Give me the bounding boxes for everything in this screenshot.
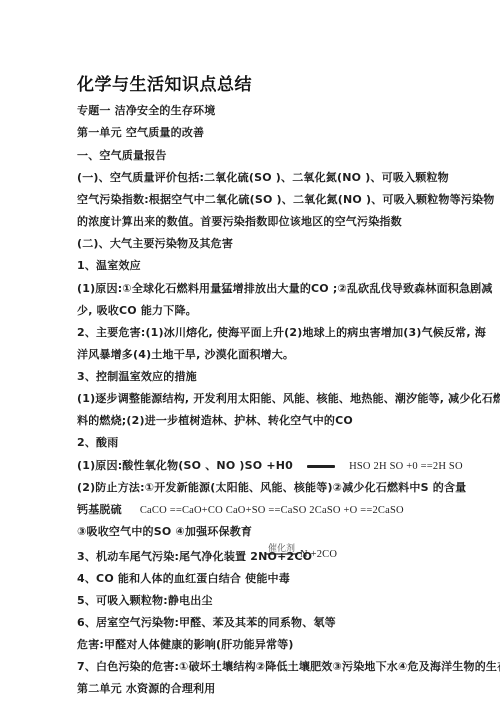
paragraph-line: (1)逐步调整能源结构, 开发利用太阳能、风能、核能、地热能、潮汐能等, 减少化… (77, 390, 500, 406)
subheading: 2、酸雨 (77, 434, 118, 450)
paragraph-line: (1)原因:①全球化石燃料用量猛增排放出大量的CO ;②乱砍乱伐导致森林面积急剧… (77, 280, 493, 296)
car-text: 3、机动车尾气污染:尾气净化装置 2NO+2CO (77, 550, 312, 563)
paragraph-line: 4、CO 能和人体的血红蛋白结合 使能中毒 (77, 570, 290, 586)
acid-cause-text: (1)原因:酸性氧化物(SO 、NO )SO +H0 (77, 459, 293, 472)
equation-line: 钙基脱硫 CaCO ==CaO+CO CaO+SO ==CaSO 2CaSO +… (77, 501, 404, 517)
paragraph-line: 的浓度计算出来的数值。首要污染指数即位该地区的空气污染指数 (77, 213, 402, 229)
subheading: 1、温室效应 (77, 257, 141, 273)
desulf-label: 钙基脱硫 (77, 503, 122, 516)
paragraph-line: 空气污染指数:根据空气中二氧化硫(SO )、二氧化氮(NO )、可吸入颗粒物等污… (77, 191, 494, 207)
paragraph-line: 2、主要危害:(1)冰川熔化, 使海平面上升(2)地球上的病虫害增加(3)气候反… (77, 324, 486, 340)
equation-line: 3、机动车尾气污染:尾气净化装置 2NO+2CO (77, 548, 312, 564)
paragraph-line: 洋风暴增多(4)土地干旱, 沙漠化面积增大。 (77, 346, 294, 362)
paragraph-line: 少, 吸收CO 能力下降。 (77, 302, 197, 318)
paragraph-line: 6、居室空气污染物:甲醛、苯及其苯的同系物、氡等 (77, 614, 336, 630)
reaction-arrow-icon (307, 465, 335, 468)
unit-heading: 第一单元 空气质量的改善 (77, 124, 204, 140)
desulf-equation: CaCO ==CaO+CO CaO+SO ==CaSO 2CaSO +O ==2… (140, 505, 404, 516)
paragraph-line: ③吸收空气中的SO ④加强环保教育 (77, 523, 252, 539)
document-title: 化学与生活知识点总结 (77, 70, 252, 95)
paragraph-line: (2)防止方法:①开发新能源(太阳能、风能、核能等)②减少化石燃料中S 的含量 (77, 479, 466, 495)
paragraph-line: 料的燃烧;(2)进一步植树造林、护林、转化空气中的CO (77, 412, 353, 428)
unit-heading: 第二单元 水资源的合理利用 (77, 680, 215, 696)
section-heading: 一、空气质量报告 (77, 147, 167, 163)
paragraph-line: 危害:甲醛对人体健康的影响(肝功能异常等) (77, 636, 294, 652)
document-page: 化学与生活知识点总结 专题一 洁净安全的生存环境 第一单元 空气质量的改善 一、… (0, 0, 500, 707)
subheading: 3、控制温室效应的措施 (77, 368, 197, 384)
topic-heading: 专题一 洁净安全的生存环境 (77, 102, 215, 118)
acid-equation: HSO 2H SO +0 ==2H SO (349, 461, 463, 472)
equation-line: (1)原因:酸性氧化物(SO 、NO )SO +H0 HSO 2H SO +0 … (77, 457, 463, 473)
paragraph-line: 5、可吸入颗粒物:静电出尘 (77, 592, 213, 608)
section-heading: (二)、大气主要污染物及其危害 (77, 235, 233, 251)
paragraph-line: (一)、空气质量评价包括:二氧化硫(SO )、二氧化氮(NO )、可吸入颗粒物 (77, 169, 449, 185)
car-product: N +2CO (300, 549, 337, 560)
paragraph-line: 7、白色污染的危害:①破坏土壤结构②降低土壤肥效③污染地下水④危及海洋生物的生存 (77, 658, 500, 674)
